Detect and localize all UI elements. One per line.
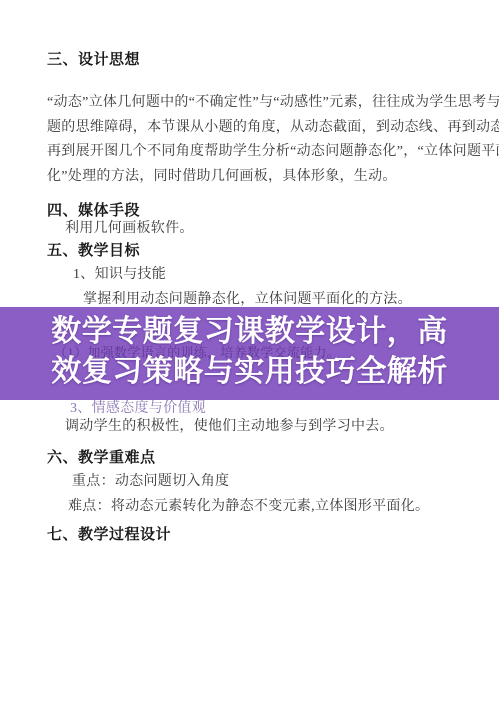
objective-1-title: 1、知识与技能 (73, 267, 166, 283)
objective-3-title: 3、情感态度与价值观 (70, 401, 206, 417)
design-paragraph-line-1: “动态”立体几何题中的“不确定性”与“动感性”元素，往往成为学生思考与求解问 (47, 95, 499, 111)
difficult-point-line: 难点：将动态元素转化为静态不变元素,立体图形平面化。 (68, 499, 429, 515)
section-heading-design-thinking: 三、设计思想 (47, 52, 140, 68)
media-content: 利用几何画板软件。 (65, 221, 194, 237)
objective-3-content: 调动学生的积极性，使他们主动地参与到学习中去。 (65, 419, 394, 435)
objective-1-content: 掌握利用动态问题静态化，立体问题平面化的方法。 (83, 292, 412, 308)
design-paragraph-line-3: 再到展开图几个不同角度帮助学生分析“动态问题静态化”，“立体问题平面 (47, 144, 499, 160)
section-heading-keypoints: 六、教学重难点 (47, 450, 156, 466)
promo-banner-overlay: （1）加强数学语言的训练，培养数学交流能力。 数学专题复习课教学设计，高 效复习… (0, 307, 499, 400)
section-heading-process: 七、教学过程设计 (47, 527, 171, 543)
banner-title-line-1: 数学专题复习课教学设计，高 (0, 316, 499, 348)
design-paragraph-line-2: 题的思维障碍，本节课从小题的角度，从动态截面，到动态线、再到动态点， (47, 120, 499, 136)
section-heading-objectives: 五、教学目标 (47, 243, 140, 259)
document-page: 三、设计思想 “动态”立体几何题中的“不确定性”与“动感性”元素，往往成为学生思… (0, 0, 499, 706)
key-point-line: 重点：动态问题切入角度 (72, 474, 229, 490)
banner-title-line-2: 效复习策略与实用技巧全解析 (0, 356, 499, 388)
design-paragraph-line-4: 化”处理的方法，同时借助几何画板，具体形象，生动。 (47, 169, 397, 185)
section-heading-media: 四、媒体手段 (47, 203, 140, 219)
